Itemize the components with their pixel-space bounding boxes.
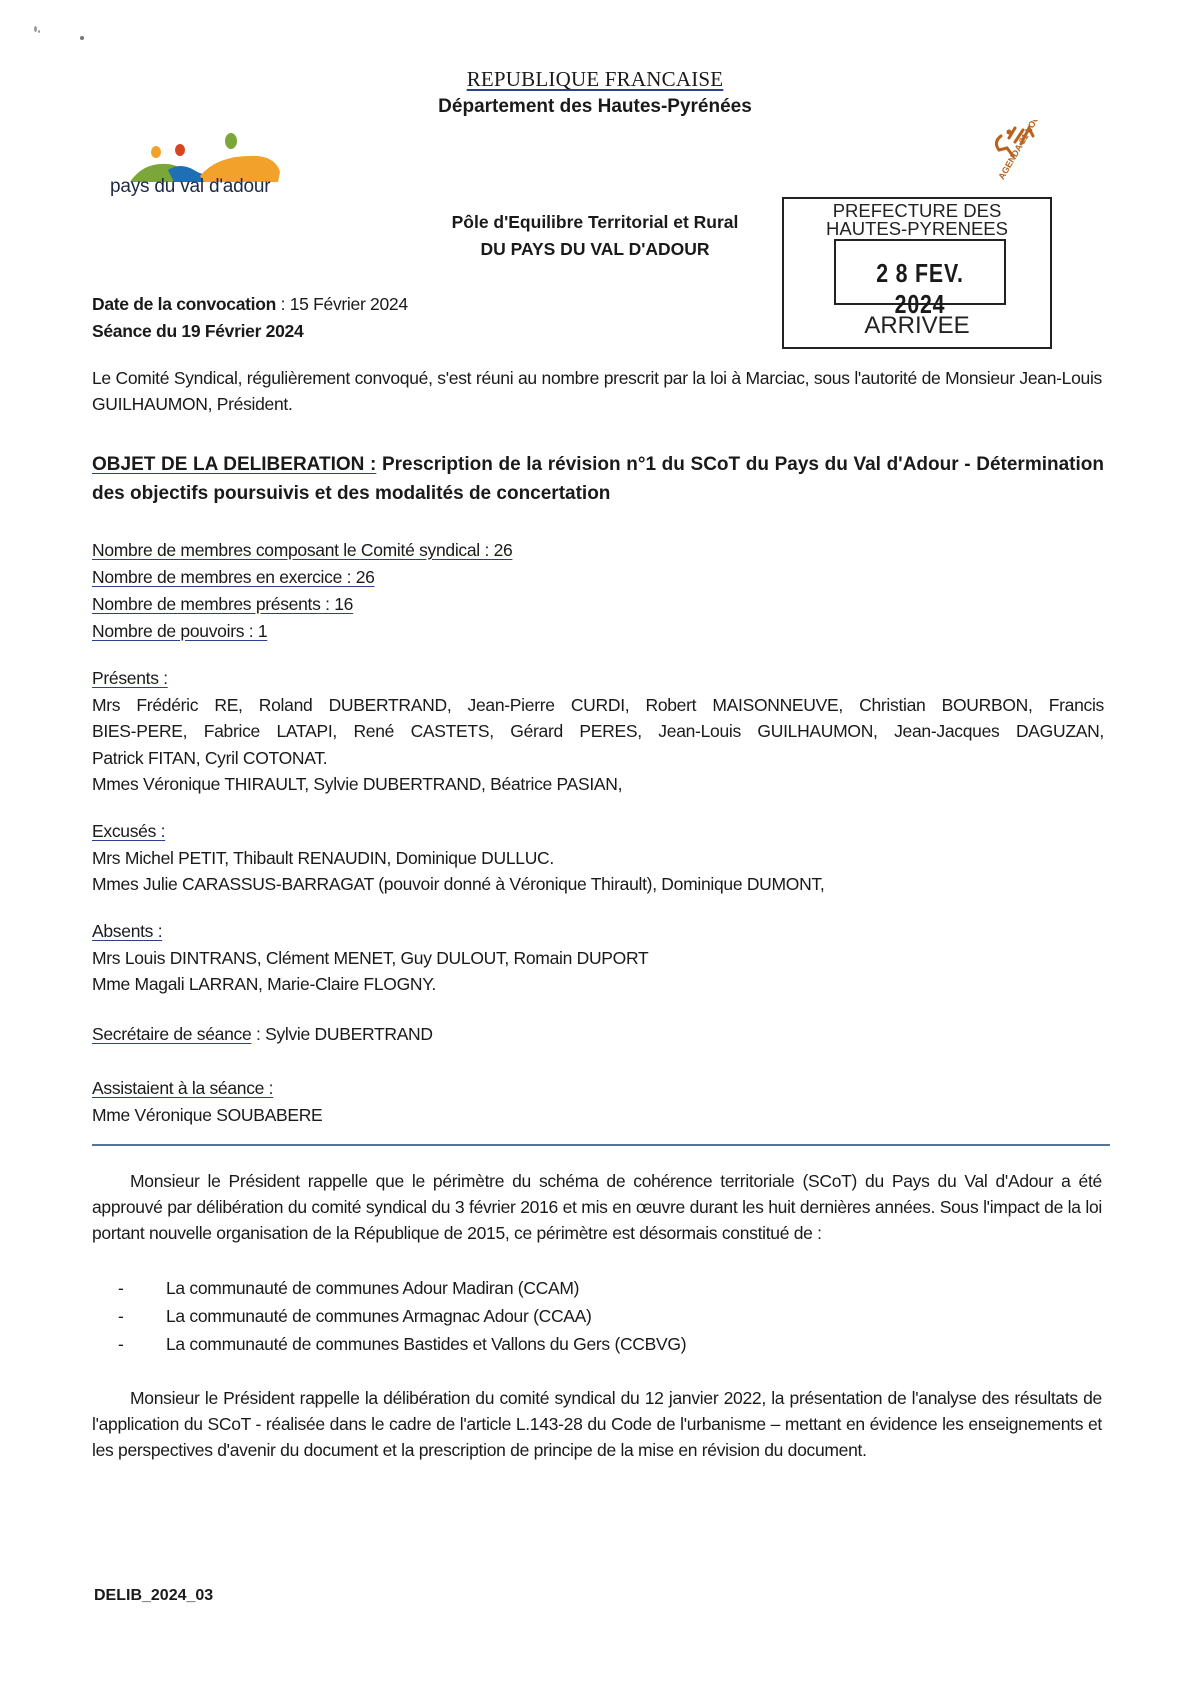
presents-line: Mmes Véronique THIRAULT, Sylvie DUBERTRA… [92, 771, 1104, 798]
convocation-value: : 15 Février 2024 [276, 294, 408, 314]
convocation-date: Date de la convocation : 15 Février 2024 [92, 291, 408, 318]
count-members-present: Nombre de membres présents : 16 [92, 591, 512, 618]
presents-line: Mrs Frédéric RE, Roland DUBERTRAND, Jean… [92, 692, 1104, 719]
member-counts: Nombre de membres composant le Comité sy… [92, 537, 512, 645]
list-item: -La communauté de communes Armagnac Adou… [118, 1302, 686, 1330]
attendees-section: Assistaient à la séance : Mme Véronique … [92, 1075, 1104, 1128]
meeting-dates: Date de la convocation : 15 Février 2024… [92, 291, 408, 345]
document-reference: DELIB_2024_03 [94, 1587, 213, 1605]
stamp-line-2: HAUTES-PYRENEES [784, 220, 1050, 238]
intro-paragraph: Le Comité Syndical, régulièrement convoq… [92, 365, 1102, 417]
logo-text: pays du val d'adour [110, 176, 270, 198]
pays-val-adour-logo: pays du val d'adour [108, 132, 308, 207]
secretary-value: : Sylvie DUBERTRAND [251, 1024, 432, 1044]
list-item: -La communauté de communes Bastides et V… [118, 1330, 686, 1358]
body-paragraph-1: Monsieur le Président rappelle que le pé… [92, 1168, 1102, 1246]
stamp-status: ARRIVEE [784, 312, 1050, 340]
list-item-text: La communauté de communes Bastides et Va… [166, 1330, 686, 1358]
list-item-text: La communauté de communes Armagnac Adour… [166, 1302, 592, 1330]
presents-line: Patrick FITAN, Cyril COTONAT. [92, 745, 1104, 772]
deliberation-object: OBJET DE LA DELIBERATION : Prescription … [92, 450, 1104, 508]
count-members-active: Nombre de membres en exercice : 26 [92, 564, 512, 591]
attendees-heading: Assistaient à la séance : [92, 1075, 1104, 1102]
convocation-label: Date de la convocation [92, 294, 276, 314]
republic-title: REPUBLIQUE FRANCAISE [0, 67, 1190, 92]
svg-text:AGENDA 21 LOCAL FRANCE: AGENDA 21 LOCAL FRANCE [996, 120, 1067, 181]
pole-line-2: DU PAYS DU VAL D'ADOUR [430, 236, 760, 263]
communes-list: -La communauté de communes Adour Madiran… [118, 1274, 686, 1358]
stamp-date: 2 8 FEV. 2024 [851, 258, 989, 320]
republic-title-text: REPUBLIQUE FRANCAISE [467, 67, 724, 91]
prefecture-stamp: PREFECTURE DES HAUTES-PYRENEES 2 8 FEV. … [782, 197, 1052, 349]
objet-label: OBJET DE LA DELIBERATION : [92, 454, 376, 475]
attendees-line: Mme Véronique SOUBABERE [92, 1102, 1104, 1129]
secretary-section: Secrétaire de séance : Sylvie DUBERTRAND [92, 1021, 1104, 1048]
count-proxies: Nombre de pouvoirs : 1 [92, 618, 512, 645]
presents-line: BIES-PERE, Fabrice LATAPI, René CASTETS,… [92, 718, 1104, 745]
excuses-line: Mrs Michel PETIT, Thibault RENAUDIN, Dom… [92, 845, 1104, 872]
agenda-21-logo: AGENDA 21 LOCAL FRANCE [985, 120, 1075, 200]
list-item: -La communauté de communes Adour Madiran… [118, 1274, 686, 1302]
absents-section: Absents : Mrs Louis DINTRANS, Clément ME… [92, 918, 1104, 998]
list-item-text: La communauté de communes Adour Madiran … [166, 1274, 579, 1302]
stamp-date-box: 2 8 FEV. 2024 [834, 239, 1006, 305]
stamp-header: PREFECTURE DES HAUTES-PYRENEES [784, 202, 1050, 238]
pole-line-1: Pôle d'Equilibre Territorial et Rural [430, 209, 760, 236]
count-members-composing: Nombre de membres composant le Comité sy… [92, 537, 512, 564]
body-paragraph-2: Monsieur le Président rappelle la délibé… [92, 1385, 1102, 1463]
secretary-label: Secrétaire de séance [92, 1024, 251, 1044]
department-title: Département des Hautes-Pyrénées [0, 96, 1190, 118]
seance-date: Séance du 19 Février 2024 [92, 318, 408, 345]
absents-line: Mme Magali LARRAN, Marie-Claire FLOGNY. [92, 971, 1104, 998]
logo-figures-icon [108, 132, 308, 182]
presents-heading: Présents : [92, 665, 1104, 692]
absents-heading: Absents : [92, 918, 1104, 945]
excuses-heading: Excusés : [92, 818, 1104, 845]
agenda-21-icon: AGENDA 21 LOCAL FRANCE [985, 120, 1075, 200]
pole-title: Pôle d'Equilibre Territorial et Rural DU… [430, 209, 760, 263]
section-divider [92, 1144, 1110, 1146]
absents-line: Mrs Louis DINTRANS, Clément MENET, Guy D… [92, 945, 1104, 972]
presents-section: Présents : Mrs Frédéric RE, Roland DUBER… [92, 665, 1104, 798]
excuses-section: Excusés : Mrs Michel PETIT, Thibault REN… [92, 818, 1104, 898]
excuses-line: Mmes Julie CARASSUS-BARRAGAT (pouvoir do… [92, 871, 1104, 898]
